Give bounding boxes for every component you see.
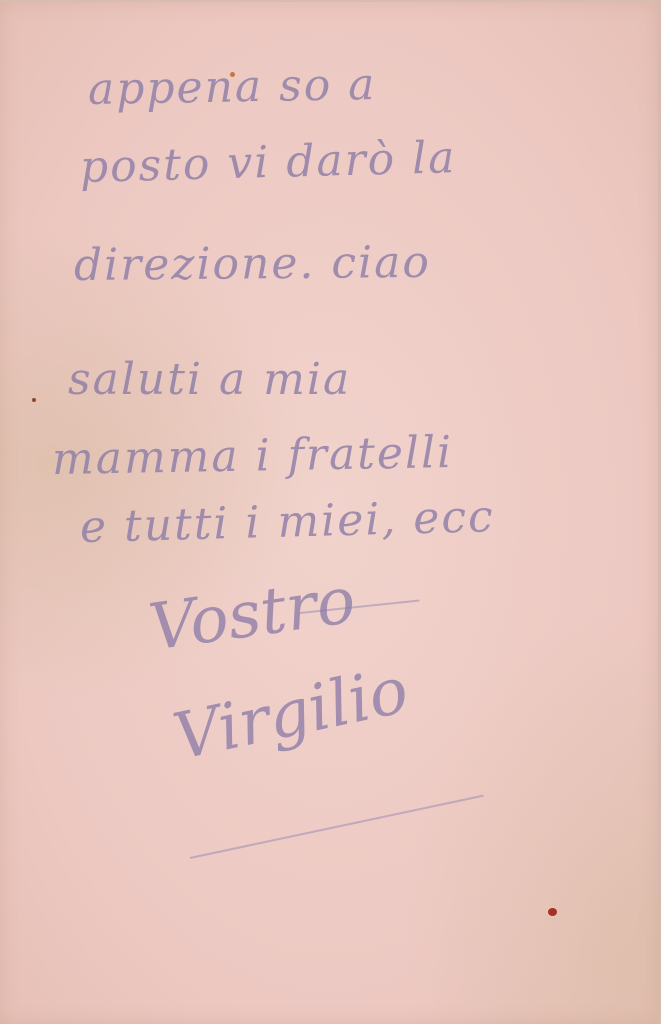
text-line-3: direzione. ciao	[74, 237, 431, 291]
closing-text: Vostro	[145, 564, 360, 666]
signature-underline	[190, 795, 484, 859]
stain-spot	[548, 908, 557, 916]
stain-spot	[230, 72, 235, 77]
text-line-4: saluti a mia	[68, 354, 351, 405]
text-line-5: mamma i fratelli	[52, 427, 454, 485]
text-line-1: appena so a	[88, 59, 377, 115]
text-line-2: posto vi darò la	[79, 132, 457, 193]
stain-spot	[32, 398, 36, 402]
signature: Virgilio	[167, 654, 414, 776]
postcard: appena so a posto vi darò la direzione. …	[0, 0, 661, 1024]
text-line-6: e tutti i miei, ecc	[79, 491, 495, 553]
